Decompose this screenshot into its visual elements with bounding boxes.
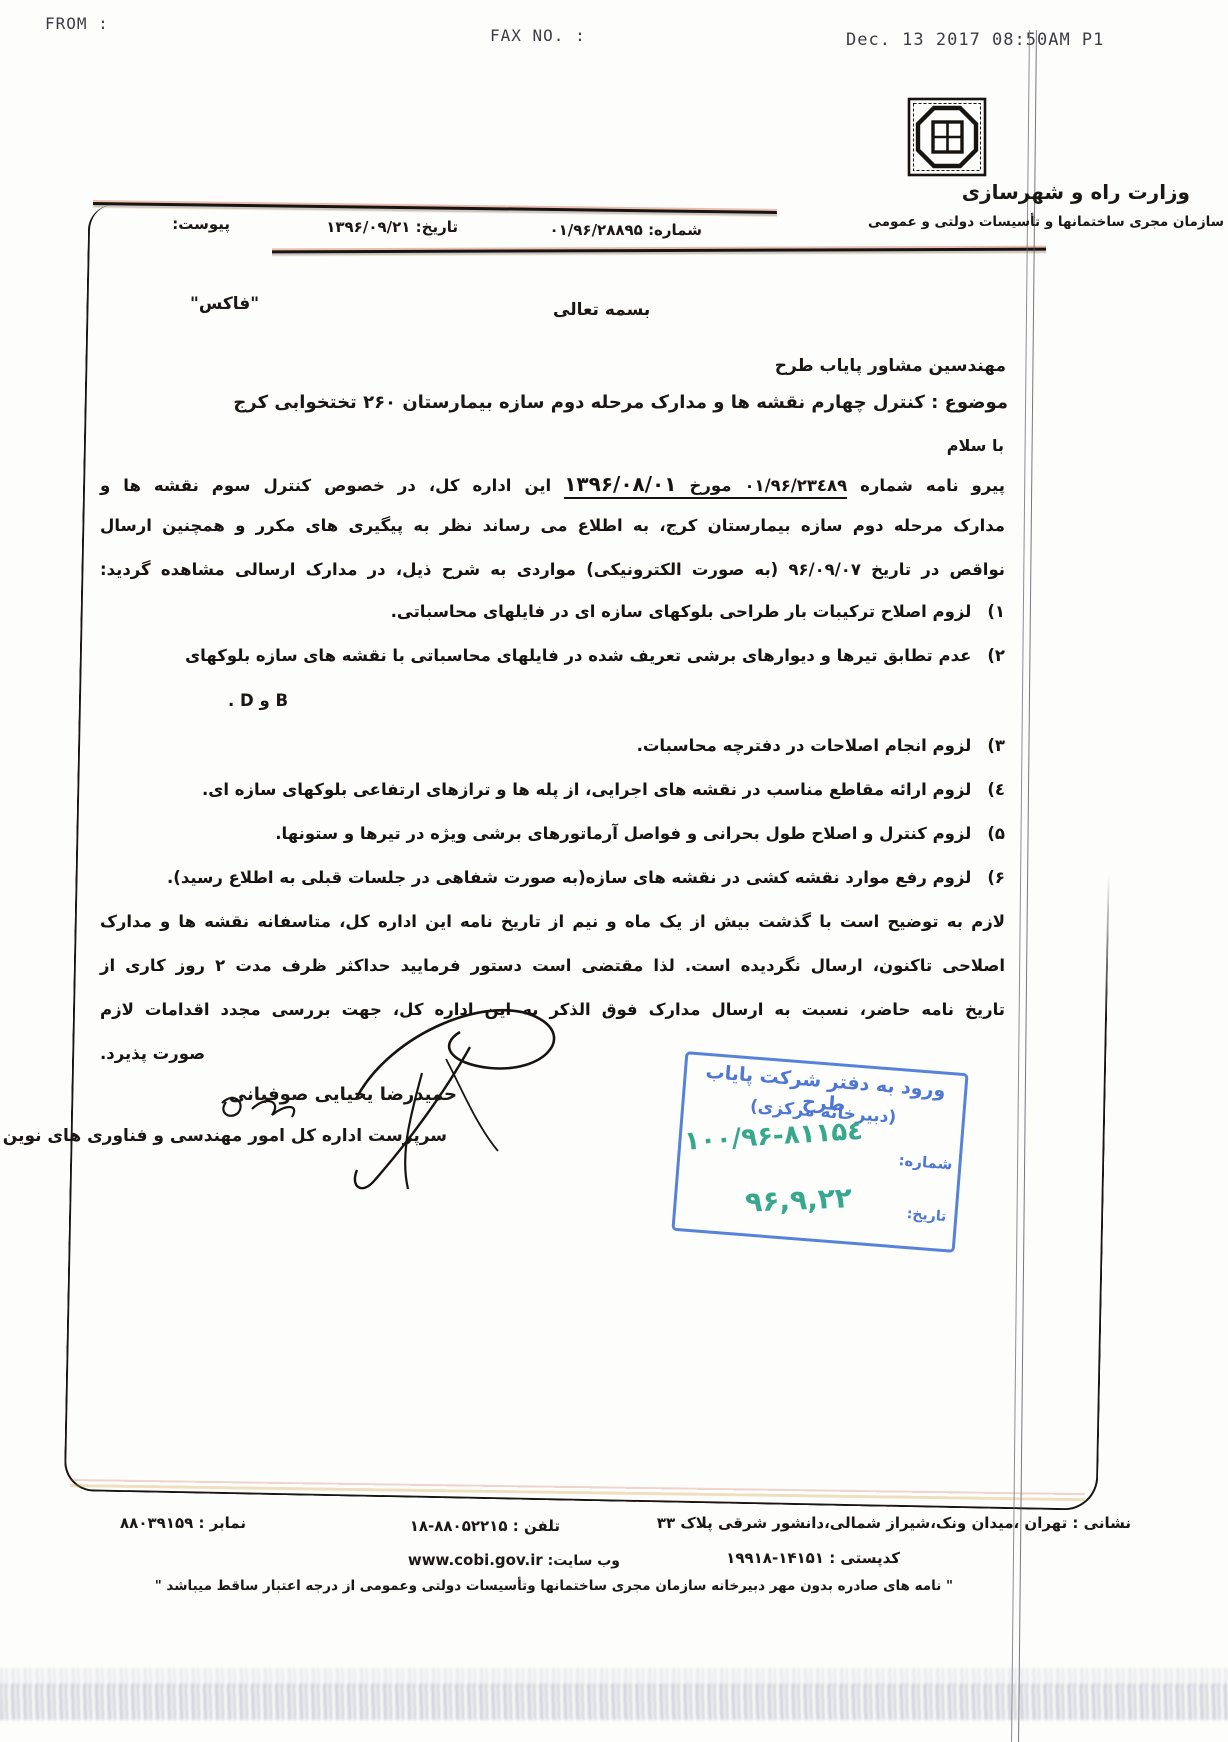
paragraph2-line2: اصلاحی تاکنون، ارسال نگردیده است. لذا مق… [100, 956, 1005, 975]
stamp-date-label: تاریخ: [906, 1206, 947, 1225]
footer-fax: نمابر : ۸۸۰۳۹۱۵۹ [120, 1514, 246, 1532]
meta-number-value: ۰۱/۹۶/۲۸۸۹۵ [549, 221, 642, 239]
fax-from-label: FROM : [45, 14, 109, 33]
footer-phone: تلفن : ۸۸۰۵۲۲۱۵-۱۸ [410, 1517, 560, 1535]
list-item-1-text: لزوم اصلاح ترکیبات بار طراحی بلوکهای ساز… [391, 602, 972, 621]
invocation: بسمه تعالی [553, 300, 650, 320]
subject-line: موضوع : کنترل چهارم نقشه ها و مدارک مرحل… [233, 392, 1008, 413]
ministry-emblem-icon [906, 96, 988, 178]
list-item-1: ۱)لزوم اصلاح ترکیبات بار طراحی بلوکهای س… [391, 602, 1005, 621]
stamp-number-value: ۱۰۰/۹۶-۸۱۱۵٤ [683, 1116, 863, 1157]
meta-date: تاریخ: ۱۳۹۶/۰۹/۲۱ [326, 218, 458, 236]
meta-date-label: تاریخ: [416, 218, 458, 236]
salutation: با سلام [947, 436, 1004, 455]
ministry-name: وزارت راه و شهرسازی [962, 180, 1190, 204]
list-item-2: ۲)عدم تطابق تیرها و دیوارهای برشی تعریف … [185, 646, 1005, 665]
stamp-number-label: شماره: [898, 1151, 953, 1173]
list-item-6-text: لزوم رفع موارد نقشه کشی در نقشه های سازه… [167, 868, 971, 887]
meta-date-value: ۱۳۹۶/۰۹/۲۱ [326, 218, 410, 236]
fax-note: "فاکس" [190, 294, 259, 314]
signer-title: سرپرست اداره کل امور مهندسی و فناوری های… [3, 1126, 447, 1146]
meta-attachment: پیوست: [172, 215, 230, 233]
list-item-2-text: عدم تطابق تیرها و دیوارهای برشی تعریف شد… [185, 646, 971, 665]
meta-attachment-label: پیوست: [172, 215, 230, 233]
list-item-5: ۵)لزوم کنترل و اصلاح طول بحرانی و فواصل … [275, 824, 1005, 843]
paragraph2-line1: لازم به توضیح است با گذشت بیش از یک ماه … [100, 912, 1005, 931]
list-item-3: ۳)لزوم انجام اصلاحات در دفترچه محاسبات. [637, 736, 1005, 755]
list-item-6: ۶)لزوم رفع موارد نقشه کشی در نقشه های سا… [167, 868, 1005, 887]
list-item-3-number: ۳) [987, 736, 1005, 755]
reference-date: ۱۳۹۶/۰۸/۰۱ [564, 472, 676, 496]
paragraph1-line1: پیرو نامه شماره ۰۱/۹۶/۲۳٤۸۹ مورخ ۱۳۹۶/۰۸… [100, 472, 1005, 496]
footer-website-url: www.cobi.gov.ir [408, 1551, 543, 1569]
list-item-5-text: لزوم کنترل و اصلاح طول بحرانی و فواصل آر… [275, 824, 971, 843]
footer-website: وب سایت: www.cobi.gov.ir [408, 1551, 620, 1569]
reference-underlined: ۰۱/۹۶/۲۳٤۸۹ مورخ ۱۳۹۶/۰۸/۰۱ [564, 476, 847, 499]
paragraph1-line1-pre: پیرو نامه شماره [847, 476, 1005, 495]
meta-number-label: شماره: [648, 221, 702, 239]
frame-fade-mask [1080, 218, 1138, 1018]
fax-number-label: FAX NO. : [490, 26, 586, 45]
organization-name: سازمان مجری ساختمانها و تأسیسات دولتی و … [868, 214, 1224, 230]
meta-number: شماره: ۰۱/۹۶/۲۸۸۹۵ [549, 221, 702, 239]
footer-disclaimer: " نامه های صادره بدون مهر دبیرخانه سازما… [155, 1578, 953, 1594]
scan-noise-band [0, 1684, 1228, 1720]
footer-address: نشانی : تهران ،میدان ونک،شیراز شمالی،دان… [657, 1514, 1131, 1532]
stamp-date-value: ۹۶,۹,۲۲ [745, 1181, 853, 1219]
list-item-2-number: ۲) [987, 646, 1005, 665]
paragraph1-line1-post: این اداره کل، در خصوص کنترل سوم نقشه ها … [100, 476, 564, 495]
footer-website-label: وب سایت: [548, 1553, 620, 1569]
receipt-stamp: ورود به دفتر شرکت پایاب طرح (دبیرخانه مر… [671, 1051, 968, 1253]
paragraph1-line2: مدارک مرحله دوم سازه بیمارستان کرج، به ا… [100, 516, 1005, 535]
reference-number: ۰۱/۹۶/۲۳٤۸۹ مورخ [676, 476, 847, 495]
fax-timestamp: Dec. 13 2017 08:50AM P1 [846, 30, 1104, 50]
list-item-1-number: ۱) [987, 602, 1005, 621]
list-item-3-text: لزوم انجام اصلاحات در دفترچه محاسبات. [637, 736, 972, 755]
footer-postal: کدپستی : ۱۴۱۵۱-۱۹۹۱۸ [726, 1549, 900, 1567]
fax-page: FROM : FAX NO. : Dec. 13 2017 08:50AM P1… [0, 0, 1228, 1742]
recipient: مهندسین مشاور پایاب طرح [775, 356, 1006, 376]
list-item-5-number: ۵) [987, 824, 1005, 843]
list-item-2-continuation: B و D . [228, 691, 288, 710]
list-item-4: ٤)لزوم ارائه مقاطع مناسب در نقشه های اجر… [202, 780, 1005, 799]
paragraph1-line3: نواقص در تاریخ ۹۶/۰۹/۰۷ (به صورت الکترون… [100, 560, 1005, 579]
signer-name: حمیدرضا یحیایی صوفیانی [229, 1084, 457, 1105]
list-item-4-number: ٤) [987, 780, 1005, 799]
list-item-6-number: ۶) [987, 868, 1005, 887]
list-item-4-text: لزوم ارائه مقاطع مناسب در نقشه های اجرای… [202, 780, 971, 799]
